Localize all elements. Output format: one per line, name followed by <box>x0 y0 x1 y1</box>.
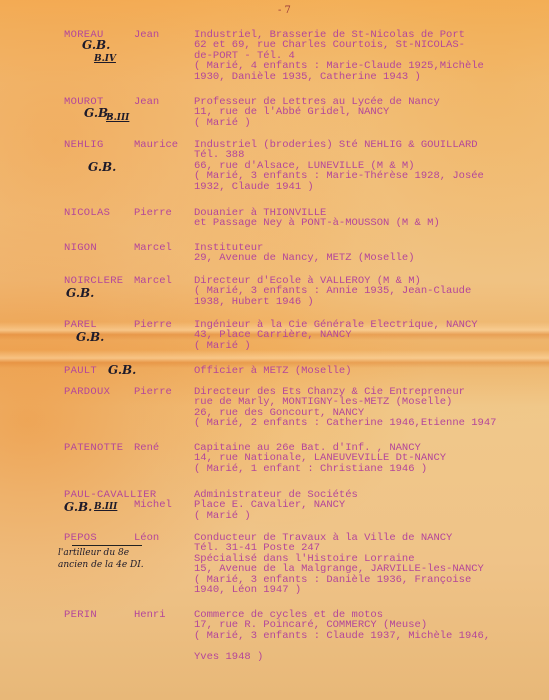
surname: PATENOTTE <box>64 443 123 453</box>
entry-details: Industriel (broderies) Sté NEHLIG & GOUI… <box>194 140 484 192</box>
detail-line: ( Marié, 3 enfants : Claude 1937, Michèl… <box>194 631 490 641</box>
surname: PAREL <box>64 320 97 330</box>
surname: NOIRCLERE <box>64 276 123 286</box>
surname: NICOLAS <box>64 208 110 218</box>
detail-line: 1930, Danièle 1935, Catherine 1943 ) <box>194 72 484 82</box>
first-name: Pierre <box>134 208 172 218</box>
handwritten-underline <box>72 545 142 546</box>
handwritten-annotation: G.B. <box>64 502 92 512</box>
first-name: Maurice <box>134 140 178 150</box>
detail-line: 29, Avenue de Nancy, METZ (Moselle) <box>194 253 415 263</box>
handwritten-annotation: G.B. <box>66 288 94 298</box>
detail-line: 1932, Claude 1941 ) <box>194 182 484 192</box>
handwritten-annotation: B.IV <box>94 54 116 64</box>
entry-details: Directeur d'Ecole à VALLEROY (M & M)( Ma… <box>194 276 471 307</box>
detail-line: ( Marié ) <box>194 511 358 521</box>
handwritten-note: l'artilleur du 8e ancien de la 4e DI. <box>58 547 144 571</box>
first-name: René <box>134 443 159 453</box>
first-name: Henri <box>134 610 166 620</box>
entry-details: Professeur de Lettres au Lycée de Nancy1… <box>194 97 440 128</box>
entry-details: Ingénieur à la Cie Générale Electrique, … <box>194 320 478 351</box>
first-name: Pierre <box>134 387 172 397</box>
detail-line: Yves 1948 ) <box>194 652 490 662</box>
first-name: Marcel <box>134 243 172 253</box>
entry-details: Commerce de cycles et de motos17, rue R.… <box>194 610 490 662</box>
surname: PARDOUX <box>64 387 110 397</box>
first-name: Marcel <box>134 276 172 286</box>
handwritten-annotation: G.B. <box>82 40 110 50</box>
first-name: Jean <box>134 30 159 40</box>
first-name: Léon <box>134 533 159 543</box>
entry-details: Directeur des Ets Chanzy & Cie Entrepren… <box>194 387 496 429</box>
entry-details: Industriel, Brasserie de St-Nicolas de P… <box>194 30 484 82</box>
handwritten-annotation: G.B. <box>88 162 116 172</box>
detail-line: ( Marié, 2 enfants : Catherine 1946,Etie… <box>194 418 496 428</box>
handwritten-annotation: B.III <box>106 113 129 123</box>
entry-details: Conducteur de Travaux à la Ville de NANC… <box>194 533 484 595</box>
detail-line: ( Marié ) <box>194 118 440 128</box>
first-name: Pierre <box>134 320 172 330</box>
first-name: Michel <box>134 500 172 510</box>
handwritten-annotation: G.B. <box>108 365 136 375</box>
detail-line: 1938, Hubert 1946 ) <box>194 297 471 307</box>
detail-line: ( Marié ) <box>194 341 478 351</box>
surname: PEPOS <box>64 533 97 543</box>
detail-line: Officier à METZ (Moselle) <box>194 366 352 376</box>
detail-line: ( Marié, 1 enfant : Christiane 1946 ) <box>194 464 446 474</box>
entry-details: Officier à METZ (Moselle) <box>194 366 352 376</box>
entry-details: Capitaine au 26e Bat. d'Inf. , NANCY14, … <box>194 443 446 474</box>
surname: PAULT <box>64 366 97 376</box>
surname: NIGON <box>64 243 97 253</box>
detail-line: et Passage Ney à PONT-à-MOUSSON (M & M) <box>194 218 440 228</box>
handwritten-annotation: B.III <box>94 502 117 512</box>
surname: NEHLIG <box>64 140 104 150</box>
surname: PERIN <box>64 610 97 620</box>
entry-details: Instituteur29, Avenue de Nancy, METZ (Mo… <box>194 243 415 264</box>
page-number: - 7 <box>278 5 291 16</box>
handwritten-annotation: G.B. <box>76 332 104 342</box>
detail-line: 1940, Léon 1947 ) <box>194 585 484 595</box>
entry-details: Douanier à THIONVILLEet Passage Ney à PO… <box>194 208 440 229</box>
first-name: Jean <box>134 97 159 107</box>
entry-details: Administrateur de SociétésPlace E. Caval… <box>194 490 358 521</box>
